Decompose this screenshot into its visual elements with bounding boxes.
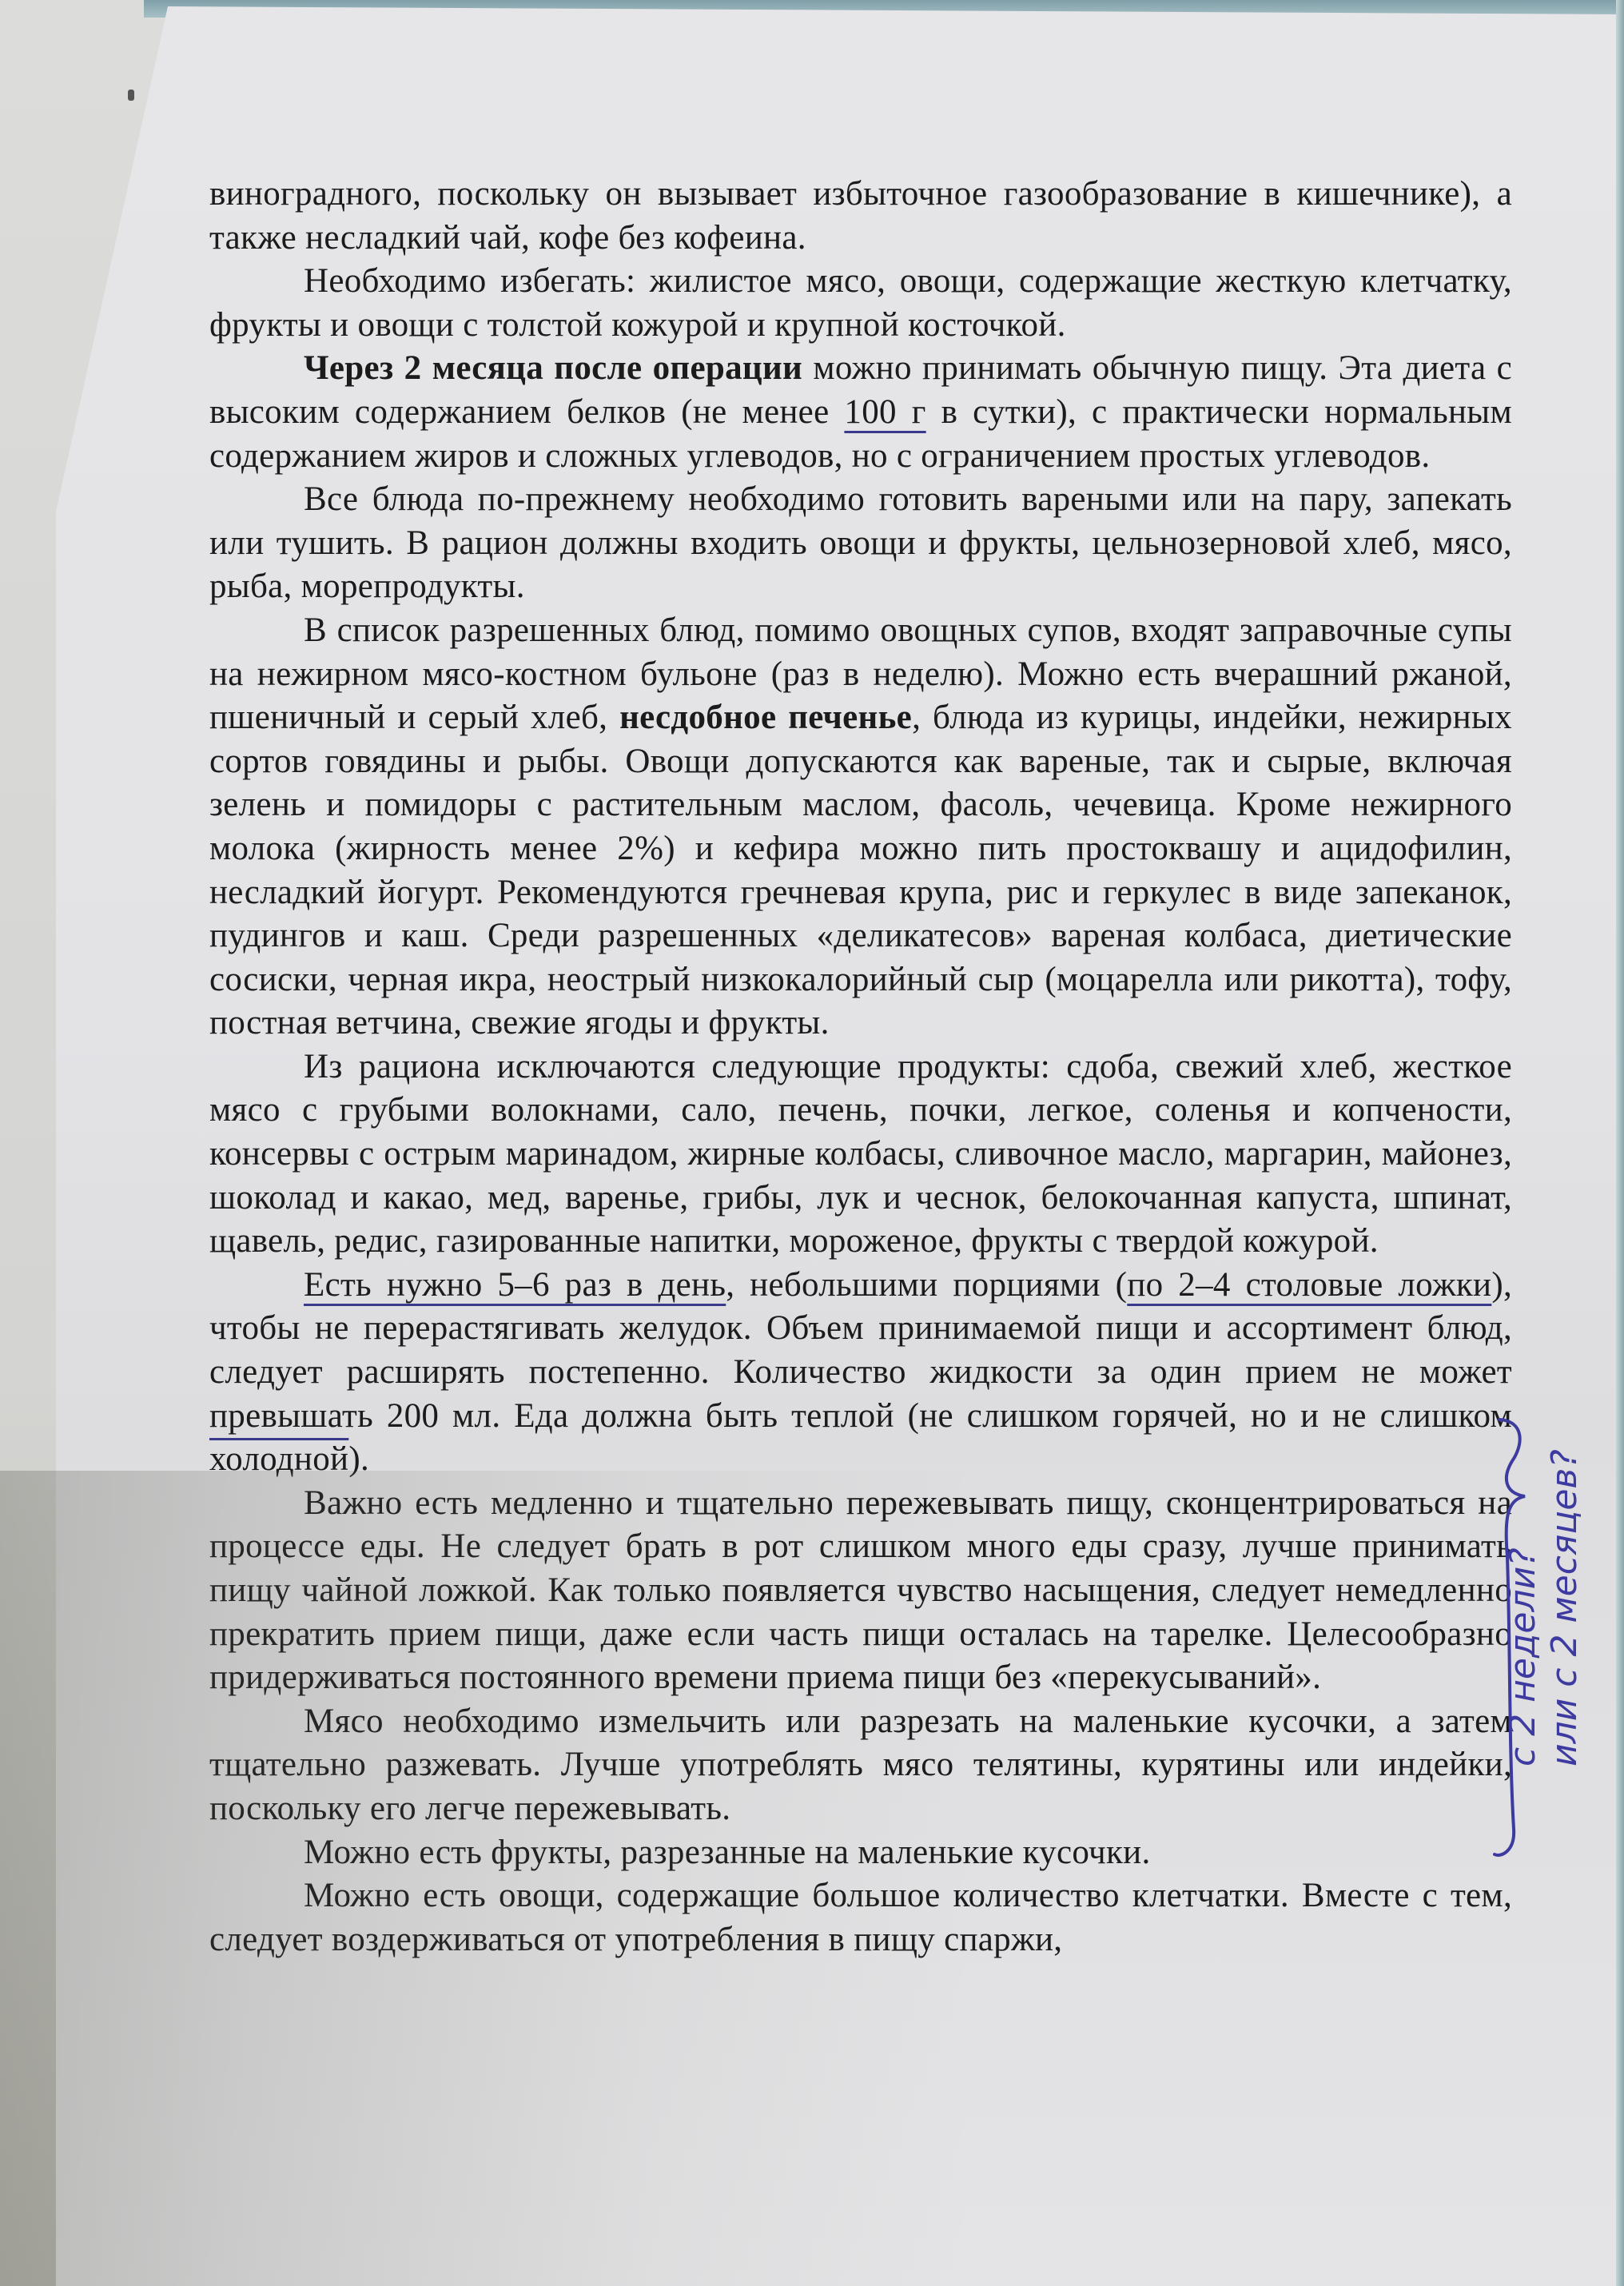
paragraph: Через 2 месяца после операции можно прин… bbox=[209, 347, 1512, 478]
paragraph: виноградного, поскольку он вызывает избы… bbox=[209, 173, 1512, 260]
paragraph: Можно есть овощи, содержащие большое кол… bbox=[209, 1874, 1512, 1961]
bold-text: несдобное печенье bbox=[619, 699, 912, 736]
text-run: Мясо необходимо измельчить или разрезать… bbox=[209, 1703, 1512, 1827]
text-run: Можно есть овощи, содержащие большое кол… bbox=[209, 1877, 1512, 1958]
paragraph: Важно есть медленно и тщательно пережевы… bbox=[209, 1482, 1512, 1700]
paragraph: В список разрешенных блюд, помимо овощны… bbox=[209, 609, 1512, 1045]
paragraph: Необходимо избегать: жилистое мясо, овощ… bbox=[209, 260, 1512, 347]
document-body: виноградного, поскольку он вызывает избы… bbox=[209, 173, 1512, 1961]
ink-underlined-text: 100 г bbox=[844, 393, 925, 431]
paragraph: Мясо необходимо измельчить или разрезать… bbox=[209, 1700, 1512, 1831]
text-run: Необходимо избегать: жилистое мясо, овощ… bbox=[209, 262, 1512, 344]
text-run: , блюда из курицы, индейки, нежирных сор… bbox=[209, 699, 1512, 1041]
paragraph: Все блюда по-прежнему необходимо готовит… bbox=[209, 478, 1512, 609]
paragraph: Из рациона исключаются следующие продукт… bbox=[209, 1045, 1512, 1264]
page-edge bbox=[1616, 0, 1624, 2286]
ink-underlined-text: по 2–4 столовые ложки bbox=[1127, 1266, 1491, 1304]
text-run: виноградного, поскольку он вызывает избы… bbox=[209, 175, 1512, 257]
paragraph: Можно есть фрукты, разрезанные на малень… bbox=[209, 1831, 1512, 1875]
text-run: Можно есть фрукты, разрезанные на малень… bbox=[304, 1834, 1151, 1871]
text-run: Важно есть медленно и тщательно пережевы… bbox=[209, 1484, 1512, 1696]
ink-underlined-text: Есть нужно 5–6 раз в день bbox=[304, 1266, 726, 1304]
text-run: , небольшими порциями ( bbox=[726, 1266, 1127, 1304]
margin-note-line-1: с 2 недели? bbox=[1503, 1449, 1544, 1766]
margin-note-line-2: или с 2 месяцев? bbox=[1544, 1449, 1586, 1766]
text-run: ). bbox=[348, 1440, 369, 1478]
text-run: Из рациона исключаются следующие продукт… bbox=[209, 1048, 1512, 1260]
text-run: Все блюда по-прежнему необходимо готовит… bbox=[209, 480, 1512, 605]
staple-mark bbox=[128, 90, 134, 101]
ink-overlined-text: холодной bbox=[209, 1440, 348, 1478]
handwritten-margin-note: с 2 недели? или с 2 месяцев? bbox=[1503, 1449, 1586, 1766]
bold-text: Через 2 месяца после операции bbox=[304, 349, 802, 387]
paragraph: Есть нужно 5–6 раз в день, небольшими по… bbox=[209, 1264, 1512, 1482]
